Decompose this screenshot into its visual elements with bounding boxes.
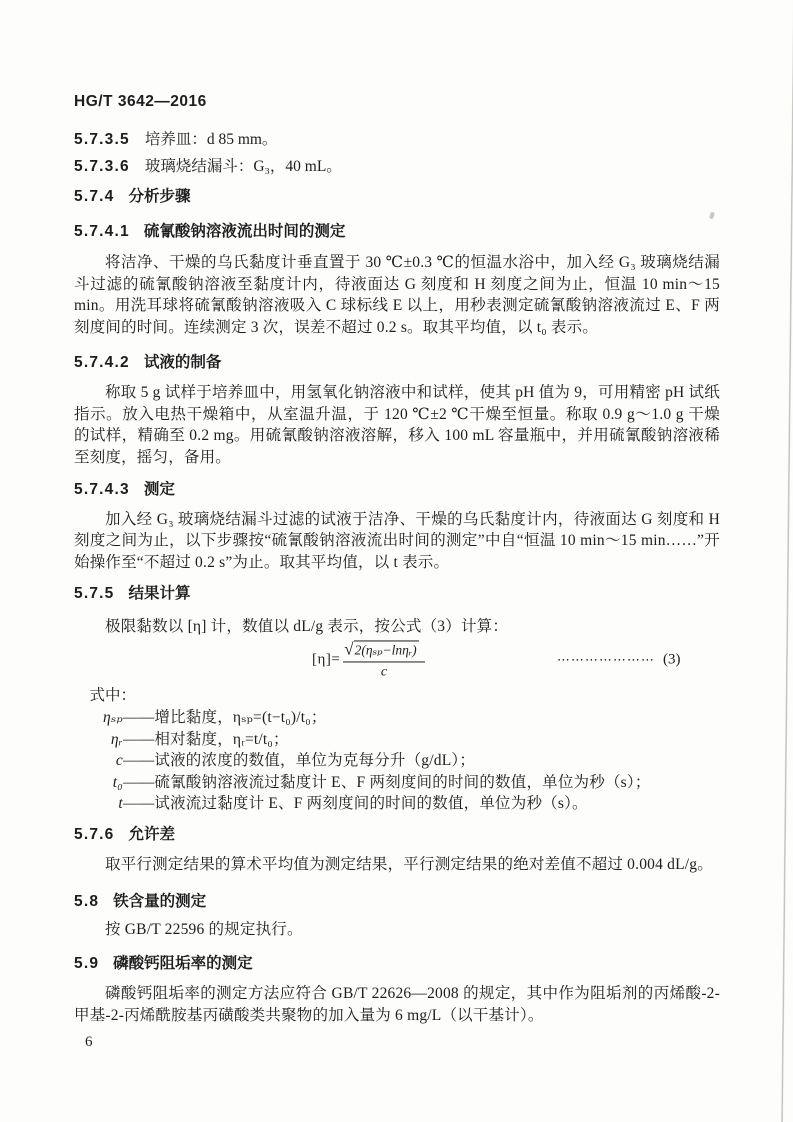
definition-symbol: t₀ — [74, 772, 123, 794]
clause-number: 5.7.4.3 — [74, 479, 130, 501]
clause-title: 测定 — [144, 479, 175, 501]
definition-symbol: t — [74, 793, 123, 815]
clause-heading-5-7-4: 5.7.4 分析步骤 — [74, 186, 720, 208]
clause-number: 5.7.6 — [74, 824, 114, 846]
standard-number-header: HG/T 3642—2016 — [74, 93, 720, 115]
apparatus-item-5-7-3-6: 5.7.3.6 玻璃烧结漏斗：G₃，40 mL。 — [74, 156, 720, 178]
definition-eta-r: ηᵣ ——相对黏度，ηᵣ=t/t₀； — [74, 729, 720, 751]
clause-number: 5.7.4 — [74, 186, 114, 208]
clause-number: 5.8 — [74, 891, 99, 913]
definition-text: ——试液的浓度的数值，单位为克每分升（g/dL）； — [123, 750, 720, 772]
definition-symbol: ηₛₚ — [74, 707, 123, 729]
definition-t: t ——试液流过黏度计 E、F 两刻度间的时间的数值，单位为秒（s）。 — [74, 793, 720, 815]
clause-title: 磷酸钙阻垢率的测定 — [113, 953, 253, 975]
formula-fraction: √ 2(ηₛₚ−lnηᵣ) c — [343, 641, 424, 680]
definition-t0: t₀ ——硫氰酸钠溶液流过黏度计 E、F 两刻度间的时间的数值，单位为秒（s）； — [74, 772, 720, 794]
formula-lhs: [η]= — [312, 652, 340, 669]
paragraph-formula-intro: 极限黏数以 [η] 计，数值以 dL/g 表示，按公式（3）计算： — [74, 616, 720, 638]
paragraph-tolerance: 取平行测定结果的算术平均值为测定结果，平行测定结果的绝对差值不超过 0.004 … — [74, 854, 720, 876]
definition-eta-sp: ηₛₚ ——增比黏度，ηₛₚ=(t−t₀)/t₀； — [74, 707, 720, 729]
clause-title: 铁含量的测定 — [113, 891, 206, 913]
definition-symbol: c — [74, 750, 123, 772]
clause-heading-5-7-5: 5.7.5 结果计算 — [74, 583, 720, 605]
clause-heading-5-7-6: 5.7.6 允许差 — [74, 824, 720, 846]
clause-heading-5-7-4-1: 5.7.4.1 硫氰酸钠溶液流出时间的测定 — [74, 221, 720, 243]
definition-symbol: ηᵣ — [74, 729, 123, 751]
definition-text: ——试液流过黏度计 E、F 两刻度间的时间的数值，单位为秒（s）。 — [123, 793, 720, 815]
paragraph-iron-content: 按 GB/T 22596 的规定执行。 — [74, 919, 720, 941]
formula-dot-leader: ⋯⋯⋯⋯⋯⋯⋯ — [557, 652, 655, 668]
clause-heading-5-8: 5.8 铁含量的测定 — [74, 891, 720, 913]
definition-c: c ——试液的浓度的数值，单位为克每分升（g/dL）； — [74, 750, 720, 772]
formula-3: [η]= √ 2(ηₛₚ−lnηᵣ) c ⋯⋯⋯⋯⋯⋯⋯ (3) — [74, 637, 720, 683]
clause-heading-5-7-4-3: 5.7.4.3 测定 — [74, 479, 720, 501]
clause-number: 5.7.4.2 — [74, 352, 130, 374]
where-label: 式中： — [74, 685, 720, 707]
clause-title: 结果计算 — [128, 583, 190, 605]
sqrt-sign: √ — [344, 641, 353, 660]
clause-text: 培养皿：d 85 mm。 — [145, 129, 278, 151]
clause-number: 5.9 — [74, 953, 99, 975]
apparatus-item-5-7-3-5: 5.7.3.5 培养皿：d 85 mm。 — [74, 129, 720, 151]
clause-number: 5.7.5 — [74, 583, 114, 605]
page-number: 6 — [74, 1034, 720, 1051]
paragraph-calcium-phosphate-scale-inhibition: 磷酸钙阻垢率的测定方法应符合 GB/T 22626—2008 的规定，其中作为阻… — [74, 983, 720, 1026]
clause-title: 硫氰酸钠溶液流出时间的测定 — [144, 221, 346, 243]
clause-text: 玻璃烧结漏斗：G₃，40 mL。 — [145, 156, 342, 178]
formula-number: (3) — [663, 652, 681, 669]
scan-page-edge-line — [781, 0, 793, 1122]
clause-heading-5-9: 5.9 磷酸钙阻垢率的测定 — [74, 953, 720, 975]
clause-title: 分析步骤 — [128, 186, 190, 208]
definition-list: ηₛₚ ——增比黏度，ηₛₚ=(t−t₀)/t₀； ηᵣ ——相对黏度，ηᵣ=t… — [74, 707, 720, 815]
clause-title: 允许差 — [128, 824, 175, 846]
definition-text: ——增比黏度，ηₛₚ=(t−t₀)/t₀； — [123, 707, 720, 729]
clause-heading-5-7-4-2: 5.7.4.2 试液的制备 — [74, 352, 720, 374]
formula-denominator: c — [381, 663, 387, 680]
clause-number: 5.7.4.1 — [74, 221, 130, 243]
clause-number: 5.7.3.5 — [74, 129, 130, 151]
paragraph-measurement: 加入经 G₃ 玻璃烧结漏斗过滤的试液于洁净、干燥的乌氏黏度计内，待液面达 G 刻… — [74, 509, 720, 574]
definition-text: ——相对黏度，ηᵣ=t/t₀； — [123, 729, 720, 751]
formula-radicand: 2(ηₛₚ−lnηᵣ) — [354, 641, 419, 659]
clause-number: 5.7.3.6 — [74, 156, 130, 178]
definition-text: ——硫氰酸钠溶液流过黏度计 E、F 两刻度间的时间的数值，单位为秒（s）； — [123, 772, 720, 794]
formula-equation: [η]= √ 2(ηₛₚ−lnηᵣ) c — [312, 641, 425, 680]
page-content: HG/T 3642—2016 5.7.3.5 培养皿：d 85 mm。 5.7.… — [74, 0, 720, 1051]
paragraph-flow-time-determination: 将洁净、干燥的乌氏黏度计垂直置于 30 ℃±0.3 ℃的恒温水浴中，加入经 G₃… — [74, 252, 720, 339]
paragraph-test-solution-preparation: 称取 5 g 试样于培养皿中，用氢氧化钠溶液中和试样，使其 pH 值为 9，可用… — [74, 382, 720, 469]
scanned-standard-page: HG/T 3642—2016 5.7.3.5 培养皿：d 85 mm。 5.7.… — [0, 0, 793, 1122]
clause-title: 试液的制备 — [144, 352, 222, 374]
formula-numerator: √ 2(ηₛₚ−lnηᵣ) — [343, 641, 424, 663]
